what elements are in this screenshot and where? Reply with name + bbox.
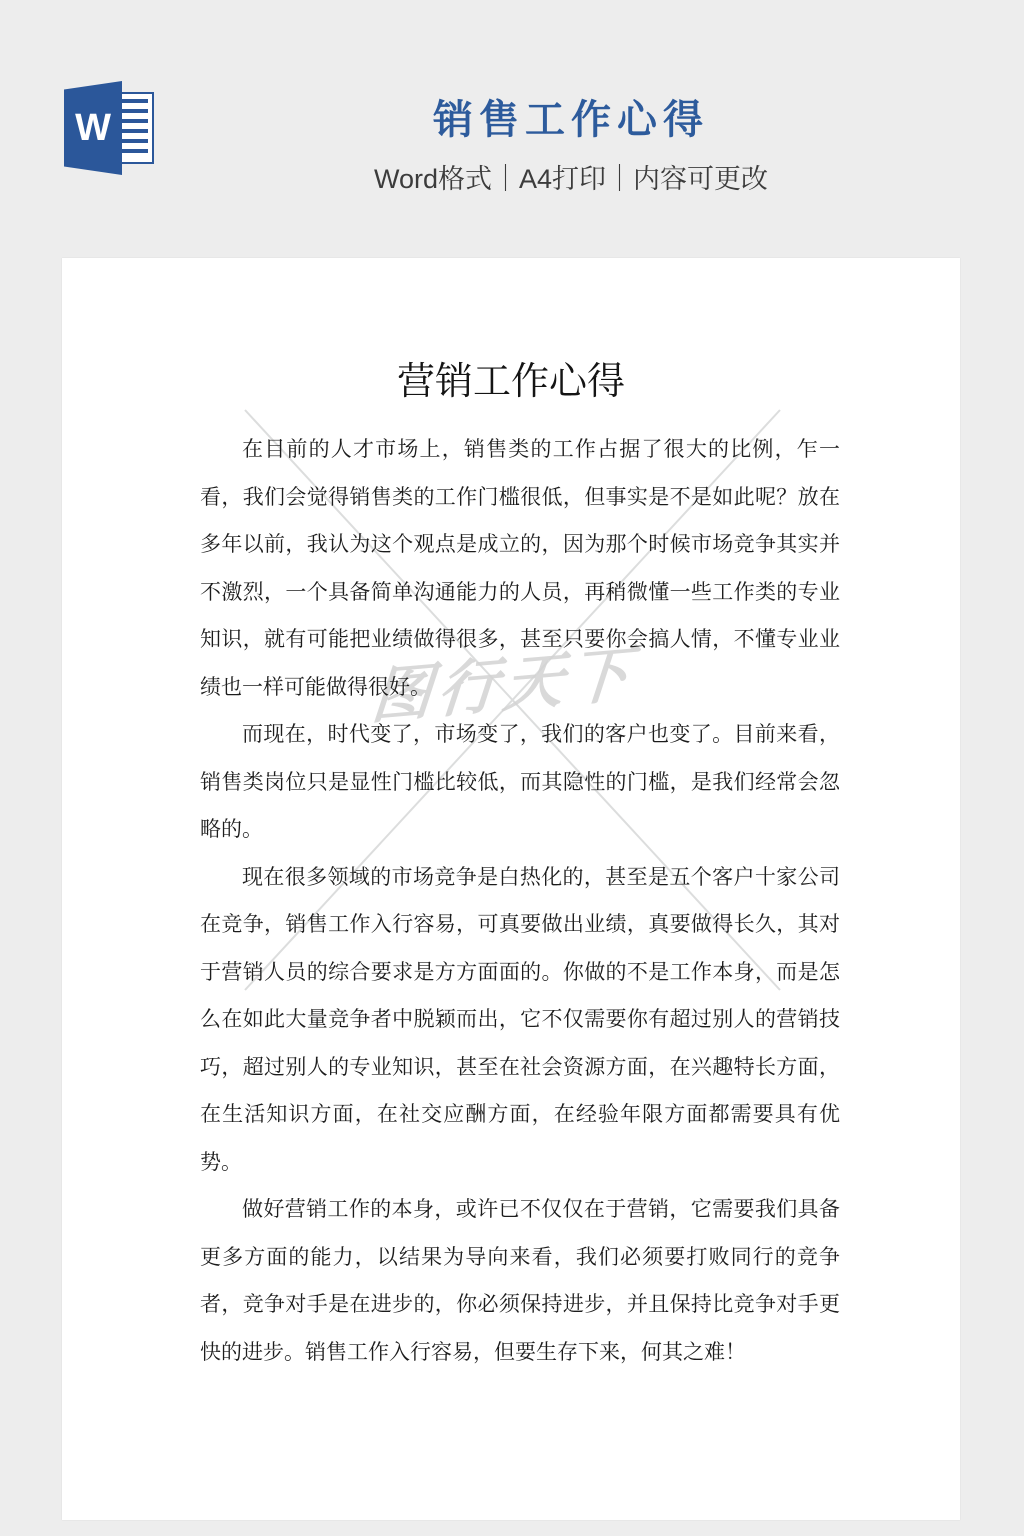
word-icon-letter: W bbox=[75, 107, 111, 150]
header: W 销售工作心得 Word格式｜A4打印｜内容可更改 bbox=[0, 0, 1024, 258]
word-icon-cover: W bbox=[64, 81, 122, 175]
document-title: 营销工作心得 bbox=[62, 360, 960, 404]
paragraph: 做好营销工作的本身，或许已不仅仅在于营销，它需要我们具备更多方面的能力，以结果为… bbox=[200, 1186, 840, 1376]
document-page: 图行天下 营销工作心得 在目前的人才市场上，销售类的工作占据了很大的比例，乍一看… bbox=[62, 258, 960, 1520]
page-subtitle: Word格式｜A4打印｜内容可更改 bbox=[118, 161, 1024, 197]
header-text: 销售工作心得 Word格式｜A4打印｜内容可更改 bbox=[118, 94, 1024, 197]
document-body: 在目前的人才市场上，销售类的工作占据了很大的比例，乍一看，我们会觉得销售类的工作… bbox=[62, 426, 960, 1376]
page-title: 销售工作心得 bbox=[118, 94, 1024, 146]
paragraph: 在目前的人才市场上，销售类的工作占据了很大的比例，乍一看，我们会觉得销售类的工作… bbox=[200, 426, 840, 711]
paragraph: 现在很多领域的市场竞争是白热化的，甚至是五个客户十家公司在竞争，销售工作入行容易… bbox=[200, 854, 840, 1187]
paragraph: 而现在，时代变了，市场变了，我们的客户也变了。目前来看，销售类岗位只是显性门槛比… bbox=[200, 711, 840, 854]
